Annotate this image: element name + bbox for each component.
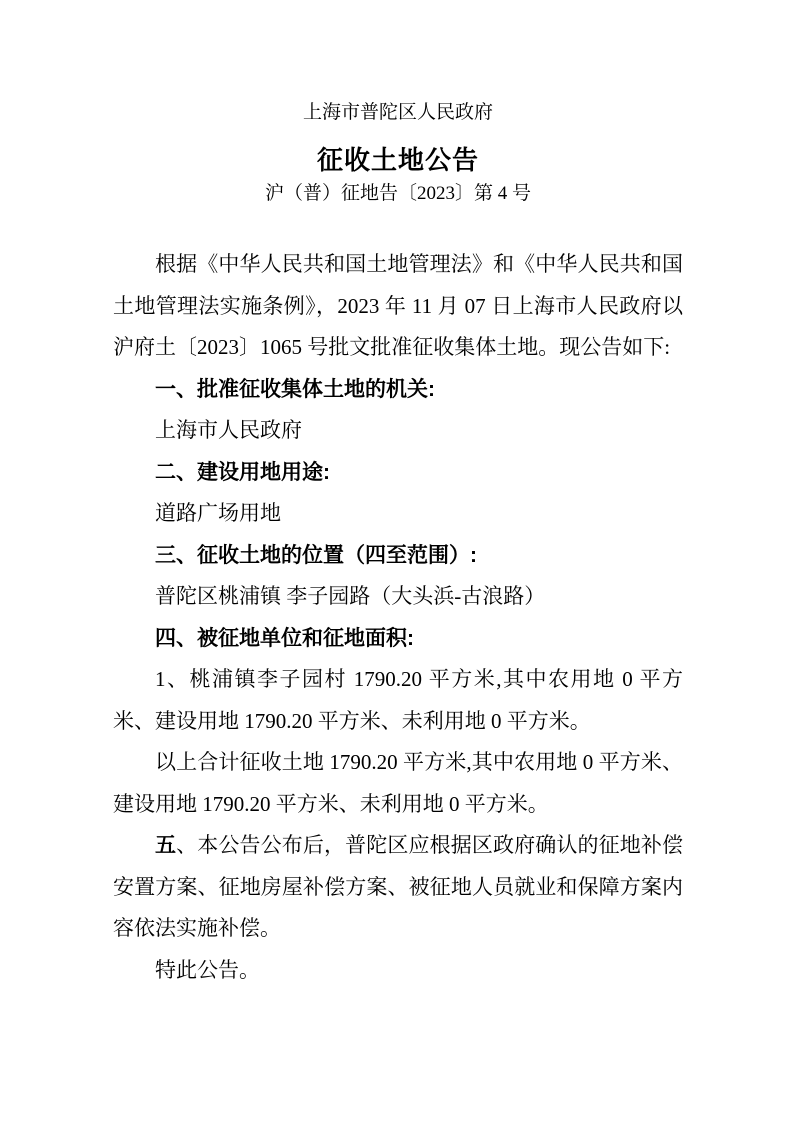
section-3-heading: 三、征收土地的位置（四至范围）:: [113, 535, 683, 577]
section-5-label: 五: [155, 834, 176, 857]
issuing-authority: 上海市普陀区人民政府: [113, 0, 683, 127]
document-body: 根据《中华人民共和国土地管理法》和《中华人民共和国土地管理法实施条例》，2023…: [113, 244, 683, 991]
section-4-total: 以上合计征收土地 1790.20 平方米,其中农用地 0 平方米、建设用地 17…: [113, 742, 683, 825]
section-1-heading: 一、批准征收集体土地的机关:: [113, 369, 683, 411]
section-4-heading: 四、被征地单位和征地面积:: [113, 618, 683, 660]
section-5-text: 、本公告公布后，普陀区应根据区政府确认的征地补偿安置方案、征地房屋补偿方案、被征…: [113, 833, 683, 940]
section-3-content: 普陀区桃浦镇 李子园路（大头浜-古浪路）: [113, 576, 683, 618]
section-2-heading: 二、建设用地用途:: [113, 452, 683, 494]
section-5-paragraph: 五、本公告公布后，普陀区应根据区政府确认的征地补偿安置方案、征地房屋补偿方案、被…: [113, 825, 683, 950]
section-2-content: 道路广场用地: [113, 493, 683, 535]
section-1-content: 上海市人民政府: [113, 410, 683, 452]
intro-paragraph: 根据《中华人民共和国土地管理法》和《中华人民共和国土地管理法实施条例》，2023…: [113, 244, 683, 369]
closing-paragraph: 特此公告。: [113, 950, 683, 992]
document-title: 征收土地公告: [113, 143, 683, 177]
document-number: 沪（普）征地告〔2023〕第 4 号: [113, 180, 683, 208]
section-4-item-1: 1、桃浦镇李子园村 1790.20 平方米,其中农用地 0 平方米、建设用地 1…: [113, 659, 683, 742]
document-page: 上海市普陀区人民政府 征收土地公告 沪（普）征地告〔2023〕第 4 号 根据《…: [0, 0, 794, 1123]
